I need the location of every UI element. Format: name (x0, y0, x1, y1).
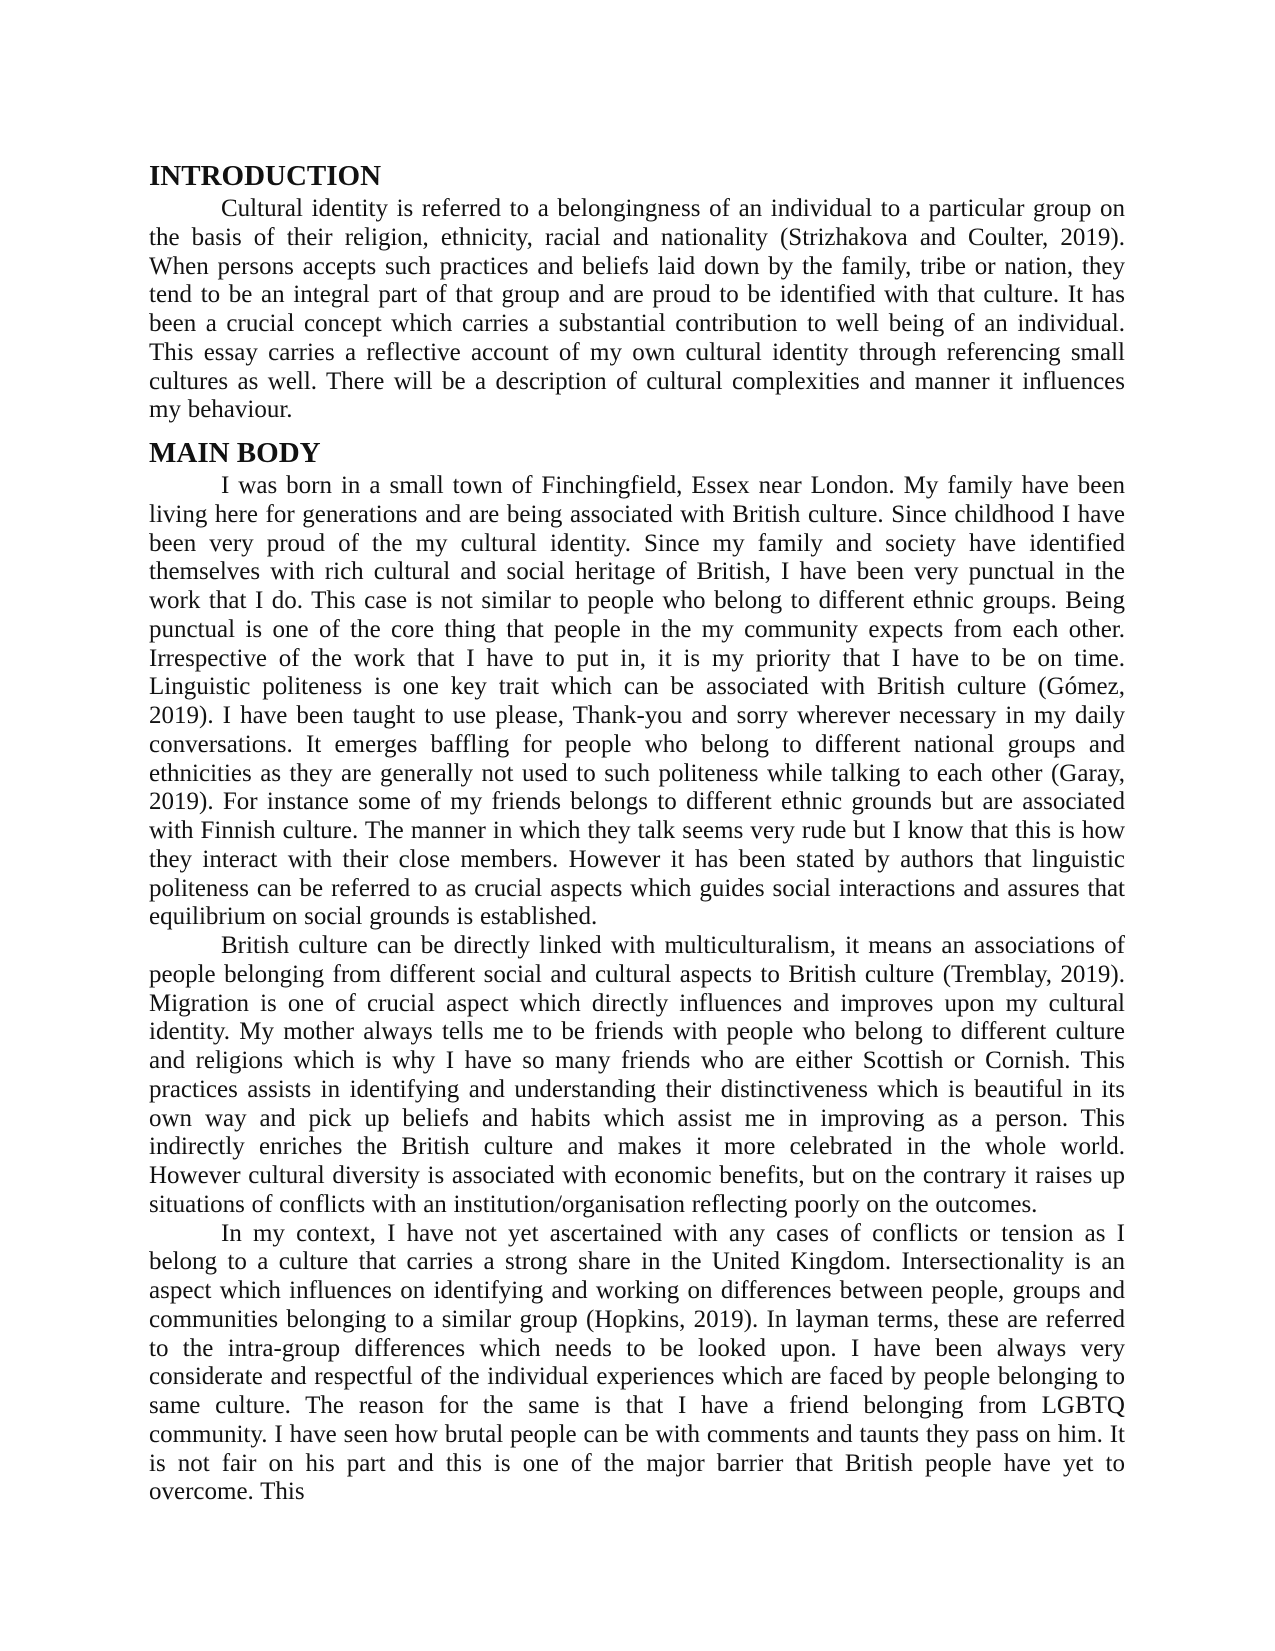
paragraph-introduction-1: Cultural identity is referred to a belon… (149, 195, 1125, 425)
paragraph-main-body-2: British culture can be directly linked w… (149, 932, 1125, 1220)
section-main-body: MAIN BODY I was born in a small town of … (149, 437, 1125, 1507)
heading-introduction: INTRODUCTION (149, 160, 1125, 193)
document-page: INTRODUCTION Cultural identity is referr… (0, 0, 1275, 1651)
paragraph-main-body-3: In my context, I have not yet ascertaine… (149, 1220, 1125, 1508)
paragraph-main-body-1: I was born in a small town of Finchingfi… (149, 472, 1125, 932)
section-introduction: INTRODUCTION Cultural identity is referr… (149, 160, 1125, 425)
heading-main-body: MAIN BODY (149, 437, 1125, 470)
